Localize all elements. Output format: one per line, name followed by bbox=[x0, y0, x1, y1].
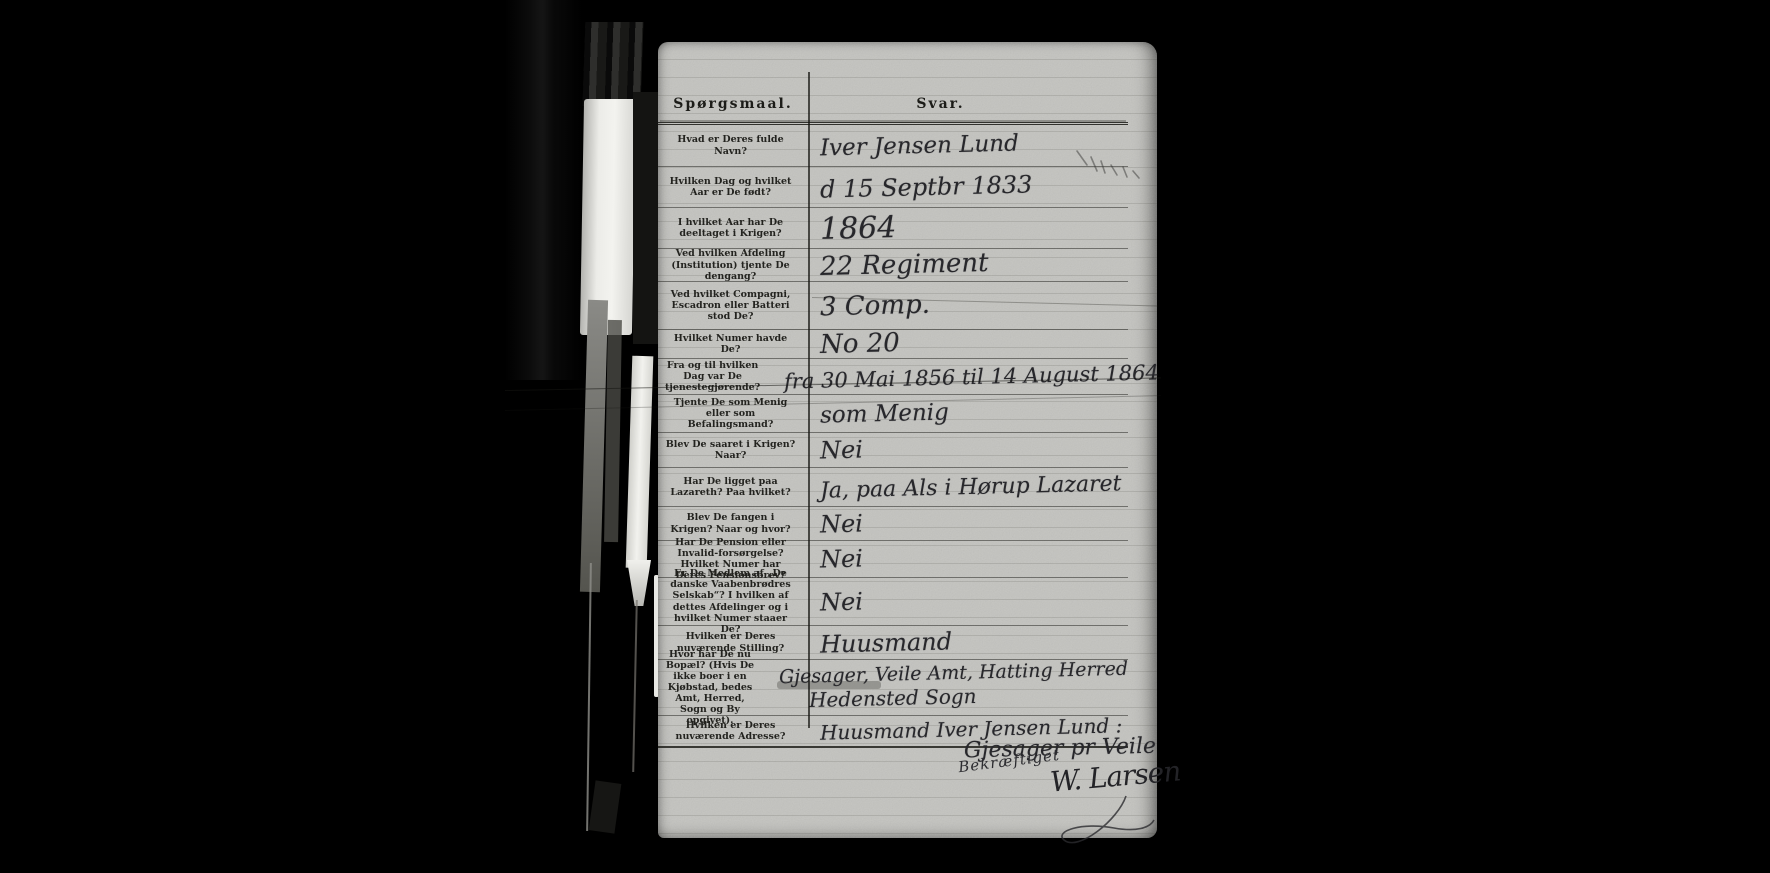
table-row: Ved hvilket Compagni, Escadron eller Bat… bbox=[658, 282, 1128, 330]
table-row: Hvad er Deres fulde Navn? Iver Jensen Lu… bbox=[658, 125, 1128, 167]
handwritten-answer: No 20 bbox=[820, 328, 900, 360]
table-row: Er De Medlem af „De danske Vaabenbrødres… bbox=[658, 578, 1128, 626]
book-spine-shadow bbox=[505, 0, 583, 380]
scanned-archive-image: Spørgsmaal. Svar. Hvad er Deres fulde Na… bbox=[0, 0, 1770, 873]
question-answer-table: Spørgsmaal. Svar. Hvad er Deres fulde Na… bbox=[658, 42, 1128, 748]
handwritten-answer: 3 Comp. bbox=[820, 289, 931, 322]
table-row: I hvilket Aar har De deeltaget i Krigen?… bbox=[658, 208, 1128, 249]
table-header: Spørgsmaal. Svar. bbox=[658, 42, 1128, 125]
answers-column-header: Svar. bbox=[916, 96, 964, 112]
table-row: Blev De saaret i Krigen? Naar? Nei bbox=[658, 433, 1128, 468]
table-row: Hvilket Numer havde De? No 20 bbox=[658, 330, 1128, 359]
scratch-line bbox=[660, 120, 1126, 122]
table-row: Hvilken Dag og hvilket Aar er De født? d… bbox=[658, 167, 1128, 208]
page-edge-wedge bbox=[627, 560, 651, 606]
handwritten-answer: Nei bbox=[820, 587, 864, 616]
question-text: Hvilken Dag og hvilket Aar er De født? bbox=[665, 176, 796, 198]
table-row: Hvilken er Deres nuværende Adresse? Huus… bbox=[658, 716, 1128, 748]
handwritten-answer: 1864 bbox=[820, 210, 897, 247]
table-row: Blev De fangen i Krigen? Naar og hvor? N… bbox=[658, 507, 1128, 541]
signature-flourish bbox=[1048, 794, 1158, 854]
page-edge-thin-line-2 bbox=[632, 600, 638, 772]
column-divider-line bbox=[808, 72, 810, 728]
question-text: Ved hvilket Compagni, Escadron eller Bat… bbox=[665, 289, 796, 322]
question-text: Er De Medlem af „De danske Vaabenbrødres… bbox=[665, 568, 796, 634]
table-row: Ved hvilken Afdeling (Institution) tjent… bbox=[658, 249, 1128, 282]
question-text: Blev De saaret i Krigen? Naar? bbox=[665, 439, 796, 461]
question-text: I hvilket Aar har De deeltaget i Krigen? bbox=[665, 217, 796, 239]
document-page: Spørgsmaal. Svar. Hvad er Deres fulde Na… bbox=[658, 42, 1157, 838]
question-text: Hvilket Numer havde De? bbox=[665, 333, 796, 355]
handwritten-answer-line2: Hedensted Sogn bbox=[809, 684, 977, 712]
question-text: Ved hvilken Afdeling (Institution) tjent… bbox=[665, 248, 796, 281]
handwritten-answer: Nei bbox=[820, 544, 864, 573]
handwritten-answer: 22 Regiment bbox=[820, 248, 989, 282]
page-edge-thin-line bbox=[586, 563, 592, 831]
question-text: Fra og til hvilken Dag var De tjenestegj… bbox=[665, 360, 760, 393]
page-edge-gap bbox=[633, 92, 659, 344]
page-edge-fragment-bottom bbox=[589, 780, 622, 833]
official-signature: W. Larsen bbox=[1049, 754, 1182, 798]
pencil-scribble bbox=[1071, 145, 1149, 183]
question-text: Har De ligget paa Lazareth? Paa hvilket? bbox=[665, 476, 796, 498]
page-edge-strip-grey bbox=[580, 300, 608, 592]
handwritten-answer: Huusmand bbox=[820, 627, 953, 658]
page-edge-strip-grey-2 bbox=[604, 320, 622, 542]
questions-column-header: Spørgsmaal. bbox=[673, 96, 792, 112]
table-row: Fra og til hvilken Dag var De tjenestegj… bbox=[658, 359, 1128, 395]
handwritten-answer: Nei bbox=[820, 509, 864, 538]
handwritten-answer: fra 30 Mai 1856 til 14 August 1864 bbox=[784, 360, 1159, 393]
question-text: Blev De fangen i Krigen? Naar og hvor? bbox=[665, 512, 796, 534]
handwritten-answer: Iver Jensen Lund bbox=[820, 130, 1019, 161]
table-row: Har De ligget paa Lazareth? Paa hvilket?… bbox=[658, 468, 1128, 507]
question-text: Hvad er Deres fulde Navn? bbox=[665, 134, 796, 156]
question-text: Tjente De som Menig eller som Befalingsm… bbox=[665, 397, 796, 430]
question-text: Hvilken er Deres nuværende Adresse? bbox=[665, 720, 796, 742]
handwritten-answer: d 15 Septbr 1833 bbox=[820, 170, 1033, 203]
question-text: Hvor har De nu Bopæl? (Hvis De ikke boer… bbox=[665, 649, 755, 726]
table-row: Hvor har De nu Bopæl? (Hvis De ikke boer… bbox=[658, 660, 1128, 716]
handwritten-answer: Ja, paa Als i Hørup Lazaret bbox=[820, 471, 1122, 503]
handwritten-answer: Nei bbox=[820, 435, 864, 464]
